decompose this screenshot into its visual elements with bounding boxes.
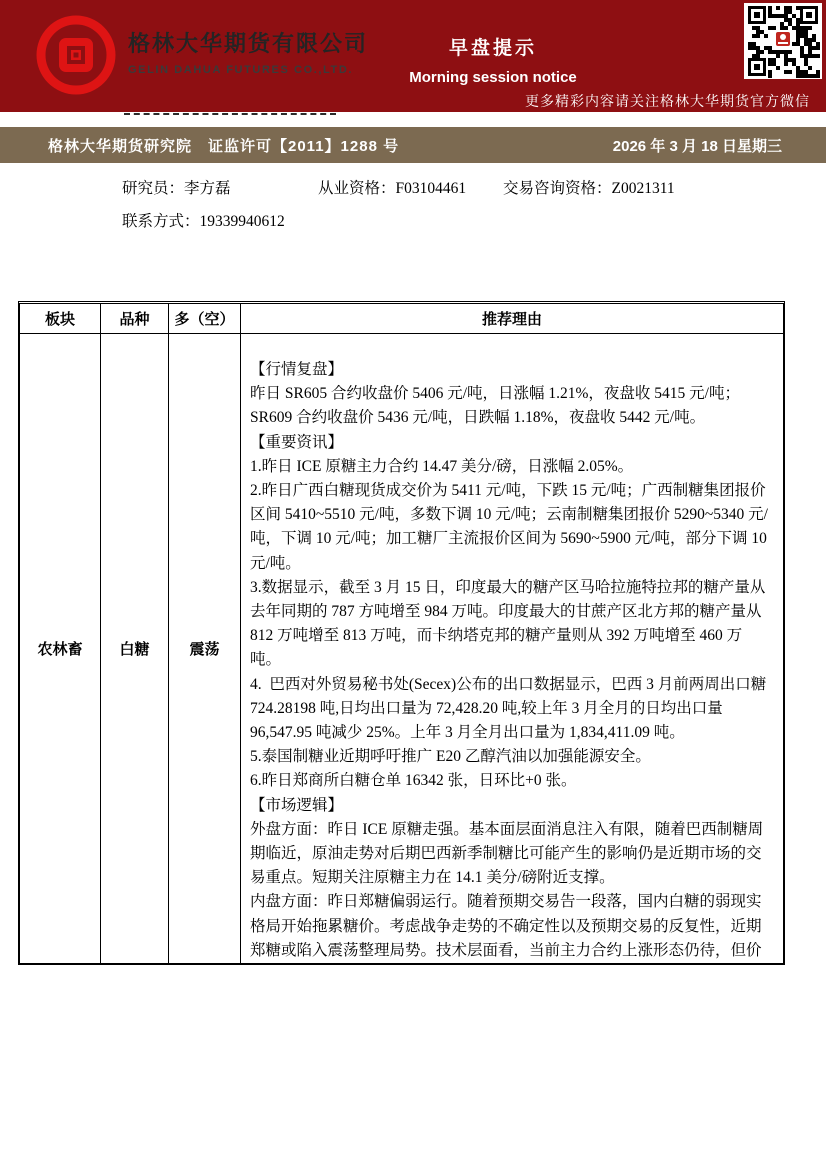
col-header-reason: 推荐理由 [241, 304, 783, 333]
page: 格林大华期货有限公司 GELIN DAHUA FUTURES CO.,LTD. … [0, 0, 826, 1169]
variety-cell: 白糖 [101, 334, 169, 963]
institute-license-text: 格林大华期货研究院 证监许可【2011】1288 号 [48, 135, 399, 156]
col-header-variety: 品种 [101, 304, 169, 333]
wechat-note: 更多精彩内容请关注格林大华期货官方微信 [525, 91, 810, 111]
section-paragraph: 2.昨日广西白糖现货成交价为 5411 元/吨，下跌 15 元/吨；广西制糖集团… [250, 479, 773, 576]
qr-code [744, 3, 822, 79]
company-logo-icon [36, 15, 116, 95]
researcher-contact: 联系方式：19339940612 [122, 209, 285, 231]
section-paragraph: 3.数据显示，截至 3 月 15 日，印度最大的糖产区马哈拉施特拉邦的糖产量从去… [250, 576, 773, 673]
researcher-name: 研究员：李方磊 [122, 176, 231, 198]
company-name-block: 格林大华期货有限公司 GELIN DAHUA FUTURES CO.,LTD. [128, 27, 368, 76]
dashed-divider [124, 113, 336, 115]
notice-title-cn: 早盘提示 [368, 33, 618, 60]
researcher-qualification: 从业资格：F03104461 [318, 176, 466, 198]
table-header-row: 板块 品种 多（空） 推荐理由 [20, 304, 783, 334]
section-paragraph: 4. 巴西对外贸易秘书处(Secex)公布的出口数据显示，巴西 3 月前两周出口… [250, 673, 773, 746]
direction-cell: 震荡 [169, 334, 241, 963]
section-heading: 【重要资讯】 [250, 431, 773, 455]
notice-title-en: Morning session notice [368, 69, 618, 86]
col-header-sector: 板块 [20, 304, 101, 333]
section-paragraph: 5.泰国制糖业近期呼吁推广 E20 乙醇汽油以加强能源安全。 [250, 745, 773, 769]
section-paragraph: 1.昨日 ICE 原糖主力合约 14.47 美分/磅，日涨幅 2.05%。 [250, 455, 773, 479]
table-row: 农林畜 白糖 震荡 【行情复盘】昨日 SR605 合约收盘价 5406 元/吨，… [20, 334, 783, 963]
section-paragraph: 内盘方面：昨日郑糖偏弱运行。随着预期交易告一段落，国内白糖的弱现实格局开始拖累糖… [250, 890, 773, 963]
recommendation-table: 板块 品种 多（空） 推荐理由 农林畜 白糖 震荡 【行情复盘】昨日 SR605… [18, 301, 785, 965]
info-bar: 格林大华期货研究院 证监许可【2011】1288 号 2026 年 3 月 18… [0, 127, 826, 163]
masthead: 格林大华期货有限公司 GELIN DAHUA FUTURES CO.,LTD. … [0, 0, 826, 112]
section-heading: 【市场逻辑】 [250, 794, 773, 818]
notice-title-block: 早盘提示 Morning session notice [368, 33, 618, 86]
report-date: 2026 年 3 月 18 日星期三 [613, 135, 782, 156]
section-heading: 【行情复盘】 [250, 358, 773, 382]
company-name-cn: 格林大华期货有限公司 [128, 27, 368, 58]
col-header-direction: 多（空） [169, 304, 241, 333]
researcher-advisory-qualification: 交易咨询资格：Z0021311 [503, 176, 675, 198]
section-paragraph: 昨日 SR605 合约收盘价 5406 元/吨，日涨幅 1.21%，夜盘收 54… [250, 382, 773, 430]
sector-cell: 农林畜 [20, 334, 101, 963]
reason-cell: 【行情复盘】昨日 SR605 合约收盘价 5406 元/吨，日涨幅 1.21%，… [241, 334, 783, 963]
section-paragraph: 6.昨日郑商所白糖仓单 16342 张，日环比+0 张。 [250, 769, 773, 793]
section-paragraph: 外盘方面：昨日 ICE 原糖走强。基本面层面消息注入有限，随着巴西制糖周期临近，… [250, 818, 773, 891]
company-name-en: GELIN DAHUA FUTURES CO.,LTD. [128, 64, 368, 76]
